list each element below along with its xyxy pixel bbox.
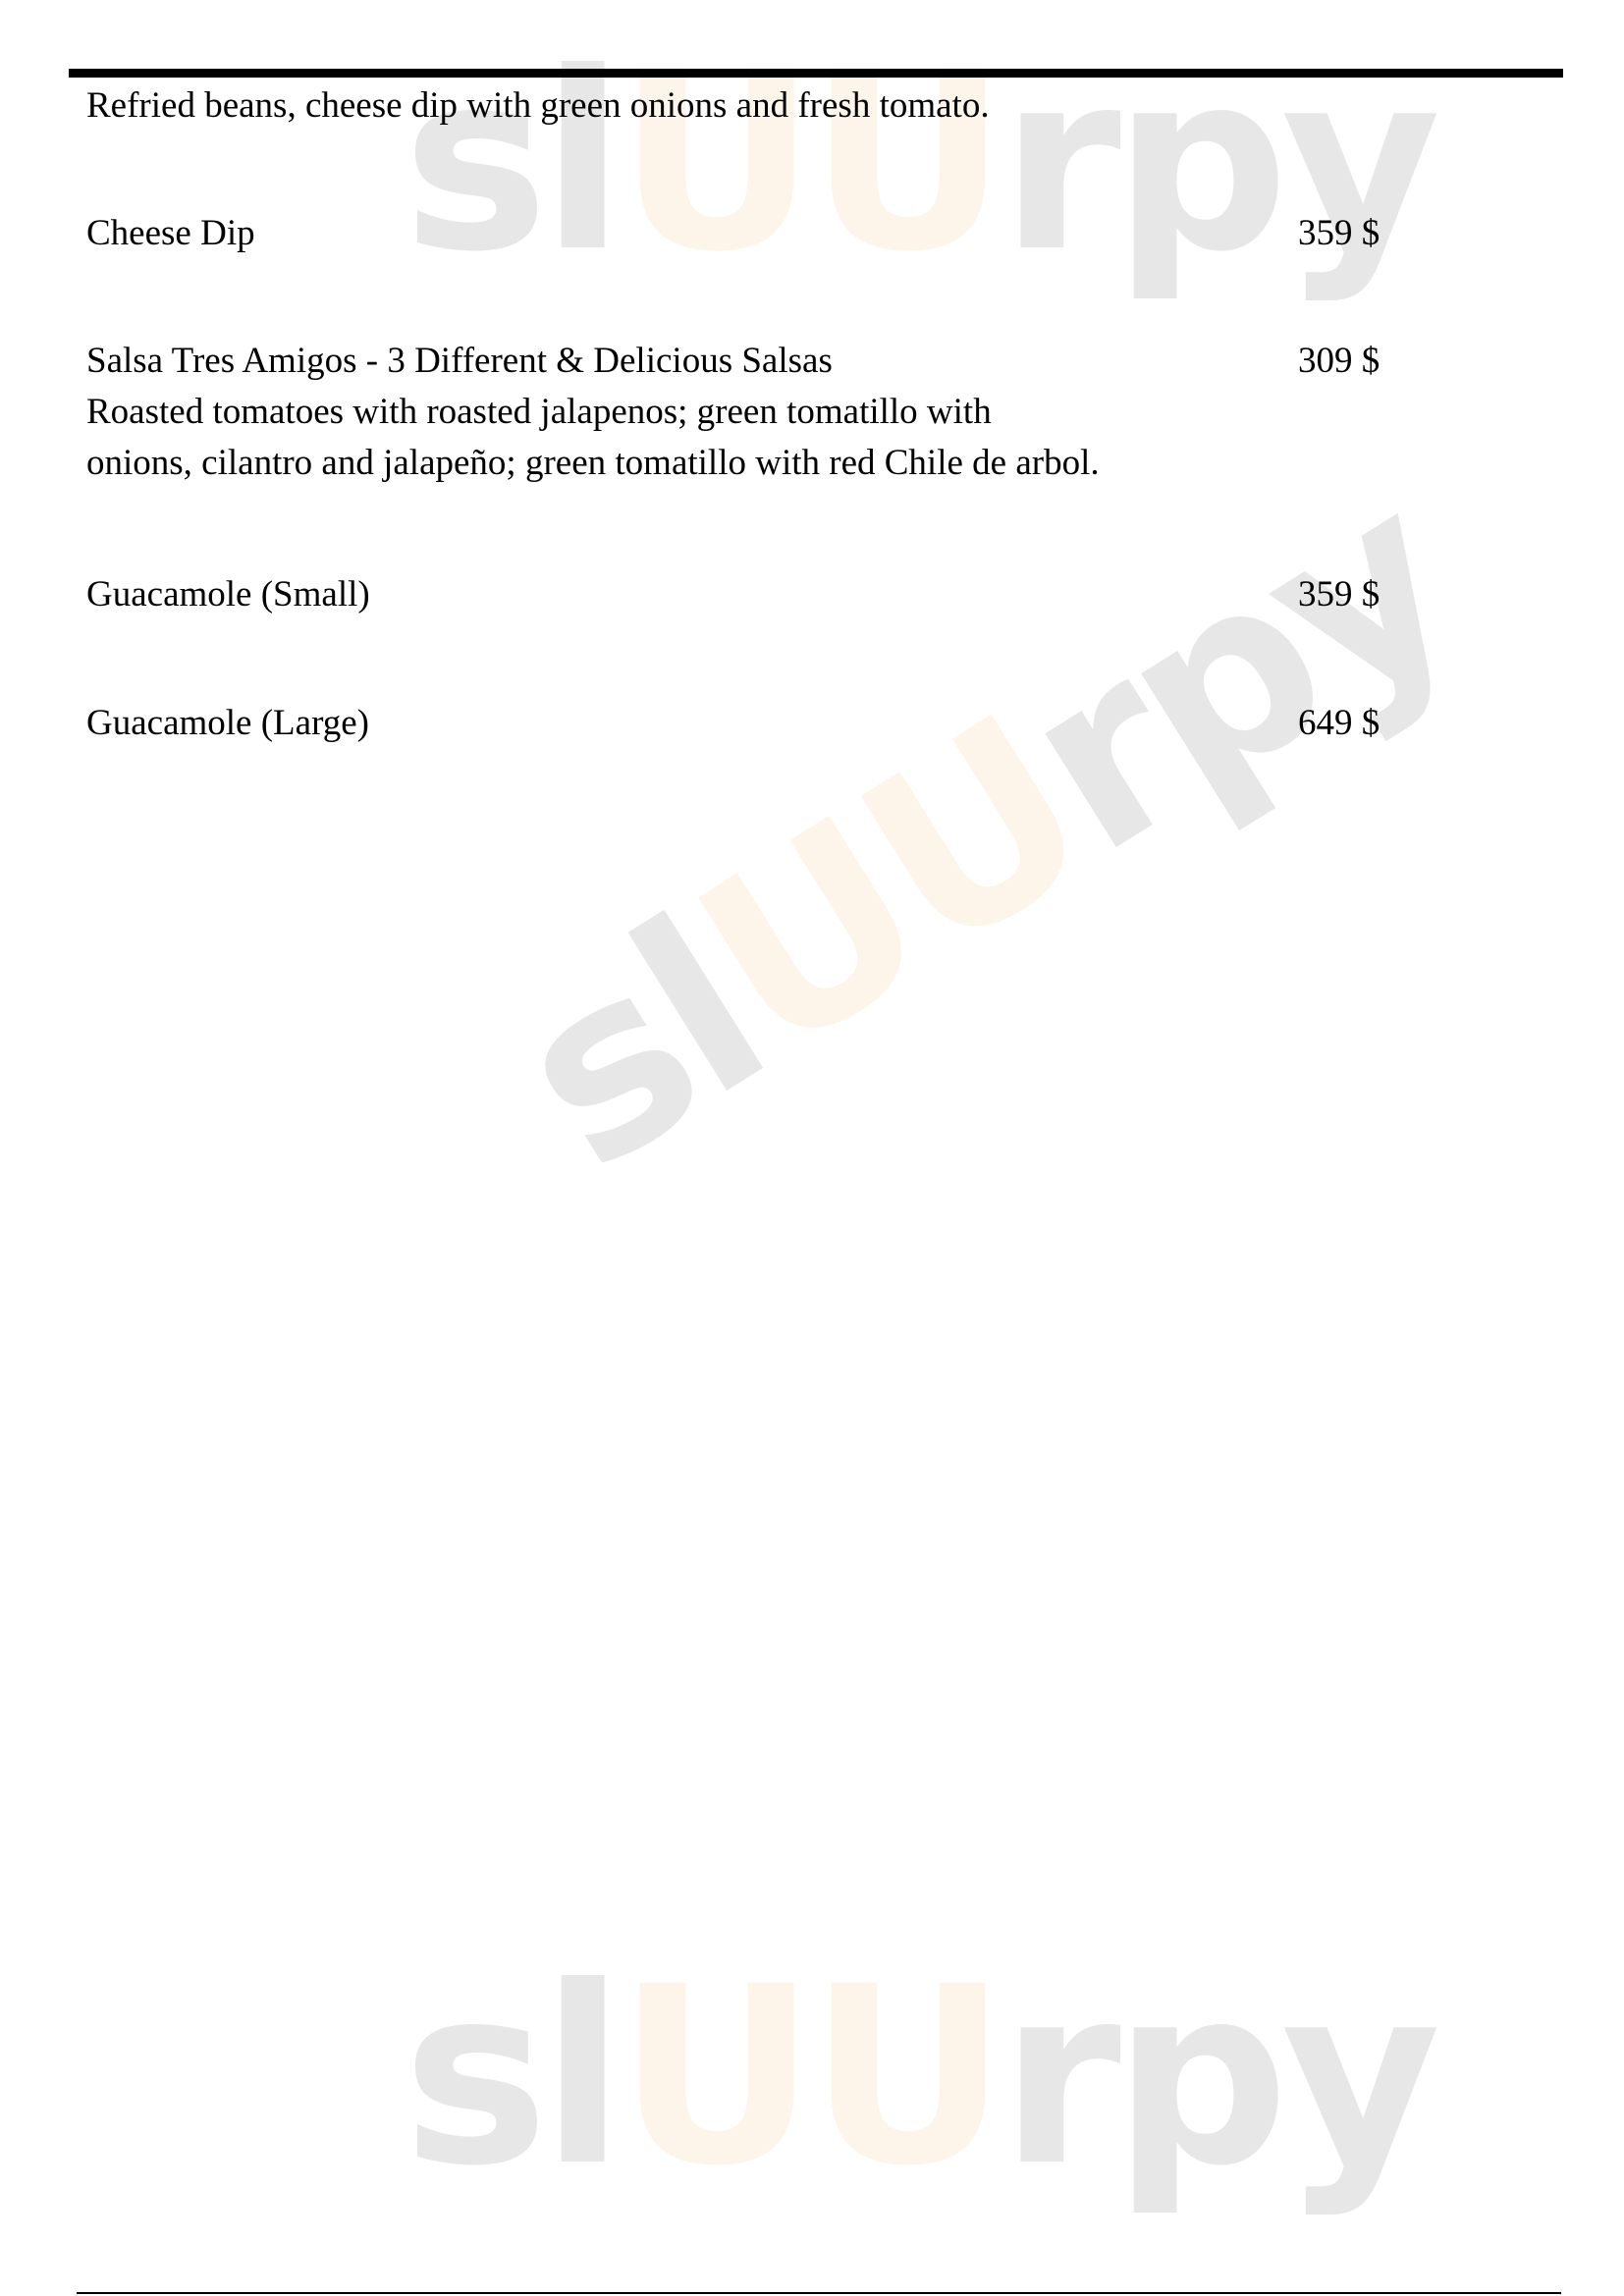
watermark-logo: slUUrpy bbox=[403, 20, 1434, 305]
item-description: Refried beans, cheese dip with green oni… bbox=[86, 80, 990, 132]
menu-item-name: Cheese Dip bbox=[86, 208, 255, 259]
menu-item-name: Guacamole (Small) bbox=[86, 569, 370, 620]
bottom-divider bbox=[77, 2292, 1561, 2294]
item-description-line: onions, cilantro and jalapeño; green tom… bbox=[86, 438, 1100, 489]
menu-item-price: 649 $ bbox=[1298, 698, 1380, 749]
top-divider bbox=[69, 69, 1563, 78]
menu-item-price: 309 $ bbox=[1298, 336, 1380, 387]
menu-item-name: Salsa Tres Amigos - 3 Different & Delici… bbox=[86, 336, 833, 387]
menu-item-price: 359 $ bbox=[1298, 569, 1380, 620]
menu-item-price: 359 $ bbox=[1298, 208, 1380, 259]
item-description-line: Roasted tomatoes with roasted jalapenos;… bbox=[86, 387, 992, 438]
watermark-logo: slUUrpy bbox=[471, 436, 1496, 1224]
watermark-logo: slUUrpy bbox=[403, 1934, 1434, 2219]
menu-item-name: Guacamole (Large) bbox=[86, 698, 369, 749]
